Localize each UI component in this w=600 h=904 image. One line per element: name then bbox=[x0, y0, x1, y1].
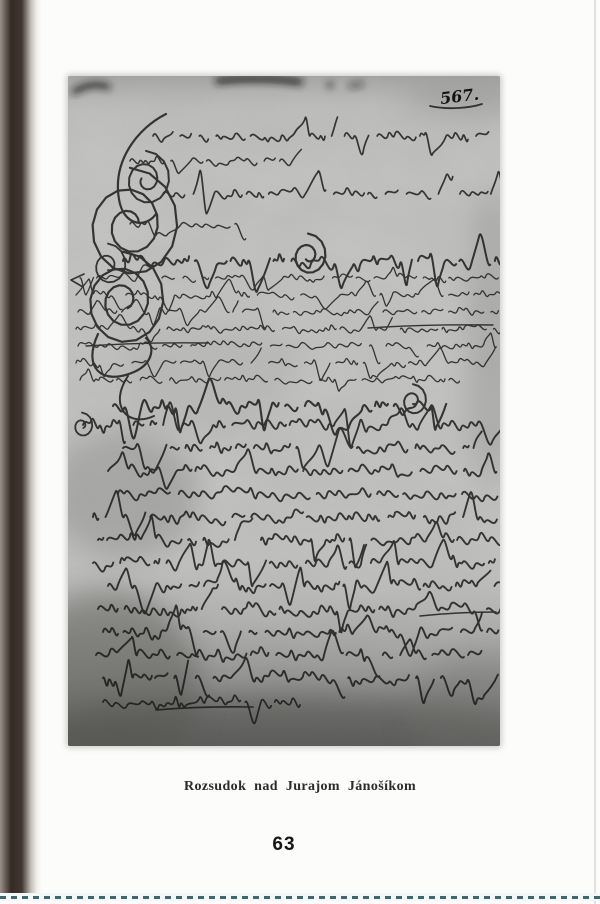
caption: Rozsudok nad Jurajom Jánošíkom bbox=[0, 779, 600, 795]
page-edge-line bbox=[594, 0, 596, 904]
book-gutter-shadow bbox=[0, 0, 42, 893]
manuscript-handwriting: 567. bbox=[68, 76, 500, 746]
manuscript-photo: 567. bbox=[68, 76, 500, 746]
book-page: 567. Rozsudok nad Jurajom Jánošíkom 63 bbox=[0, 0, 600, 904]
perforation-line bbox=[0, 896, 600, 899]
page-number: 63 bbox=[68, 834, 500, 856]
